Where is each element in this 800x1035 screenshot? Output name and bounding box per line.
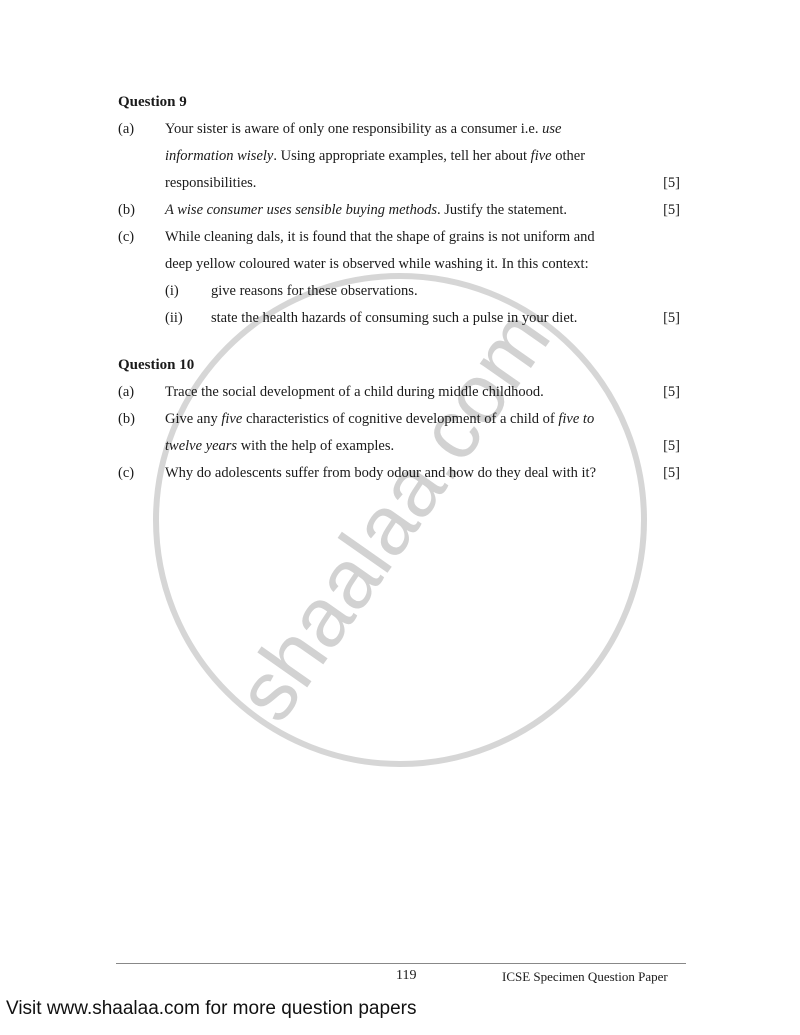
subpart-text: state the health hazards of consuming su… xyxy=(211,310,577,327)
marks-label: [5] xyxy=(663,438,680,455)
marks-label: [5] xyxy=(663,202,680,219)
part-text: A wise consumer uses sensible buying met… xyxy=(165,202,567,219)
part-text: information wisely. Using appropriate ex… xyxy=(165,148,585,165)
marks-label: [5] xyxy=(663,310,680,327)
marks-label: [5] xyxy=(663,465,680,482)
part-text: Give any five characteristics of cogniti… xyxy=(165,411,594,428)
question-title: Question 10 xyxy=(118,357,194,374)
part-text: deep yellow coloured water is observed w… xyxy=(165,256,589,273)
page-number: 119 xyxy=(396,968,416,984)
svg-text:shaalaa.com: shaalaa.com xyxy=(218,293,568,737)
part-text: Your sister is aware of only one respons… xyxy=(165,121,561,138)
part-label: (a) xyxy=(118,121,134,138)
question-title: Question 9 xyxy=(118,94,187,111)
part-text: Why do adolescents suffer from body odou… xyxy=(165,465,596,482)
subpart-label: (ii) xyxy=(165,310,183,327)
part-text: While cleaning dals, it is found that th… xyxy=(165,229,595,246)
marks-label: [5] xyxy=(663,175,680,192)
subpart-text: give reasons for these observations. xyxy=(211,283,418,300)
part-text: responsibilities. xyxy=(165,175,256,192)
visit-banner[interactable]: Visit www.shaalaa.com for more question … xyxy=(6,998,416,1020)
subpart-label: (i) xyxy=(165,283,179,300)
part-label: (b) xyxy=(118,202,135,219)
paper-name: ICSE Specimen Question Paper xyxy=(502,969,668,985)
part-label: (c) xyxy=(118,465,134,482)
watermark-circle-icon: shaalaa.com xyxy=(150,270,650,770)
part-label: (c) xyxy=(118,229,134,246)
part-text: twelve years with the help of examples. xyxy=(165,438,394,455)
part-label: (b) xyxy=(118,411,135,428)
marks-label: [5] xyxy=(663,384,680,401)
part-text: Trace the social development of a child … xyxy=(165,384,544,401)
question-page: shaalaa.com Question 9(a)Your sister is … xyxy=(0,0,800,1035)
part-label: (a) xyxy=(118,384,134,401)
footer-divider xyxy=(116,963,686,964)
